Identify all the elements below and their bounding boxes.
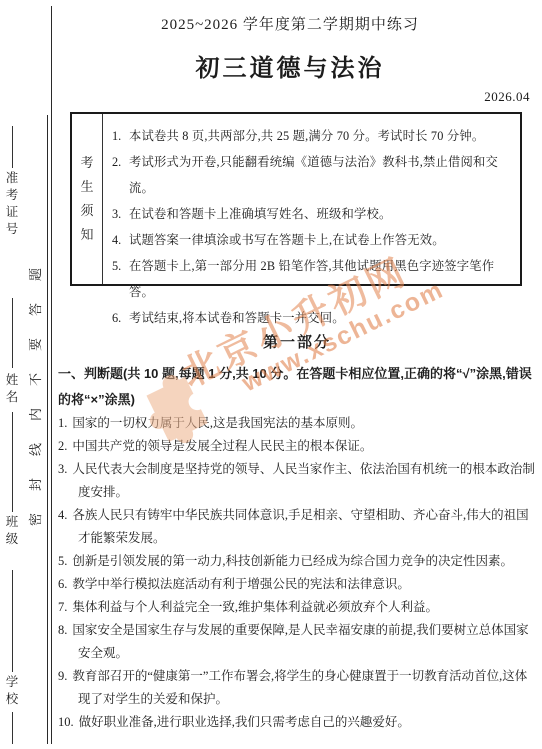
question-row: 2.中国共产党的领导是发展全过程人民民主的根本保证。 [58,435,536,458]
exam-paper-page: 2025~2026 学年度第二学期期中练习 初三道德与法治 2026.04 准考… [0,0,542,749]
field-blank-line [12,126,13,168]
question-row: 3.人民代表大会制度是坚持党的领导、人民当家作主、依法治国有机统一的根本政治制度… [58,458,536,504]
question-number: 7. [58,600,67,614]
notice-item-list: 1. 本试卷共 8 页,共两部分,共 25 题,满分 70 分。考试时长 70 … [103,114,520,284]
seal-line [47,115,48,744]
notice-side-label: 考生须知 [80,151,95,247]
notice-item-text: 试题答案一律填涂或书写在答题卡上,在试卷上作答无效。 [129,227,445,253]
notice-item-text: 考试形式为开卷,只能翻看统编《道德与法治》教科书,禁止借阅和交流。 [129,149,516,201]
page-title: 初三道德与法治 [60,48,520,83]
question-text: 国家的一切权力属于人民,这是我国宪法的基本原则。 [72,416,363,430]
question-number: 5. [58,554,67,568]
field-label-name: 姓名 [5,372,19,406]
question-number: 8. [58,623,67,637]
notice-item-text: 本试卷共 8 页,共两部分,共 25 题,满分 70 分。考试时长 70 分钟。 [129,123,484,149]
notice-item-text: 考试结束,将本试卷和答题卡一并交回。 [129,305,345,331]
question-row: 4.各族人民只有铸牢中华民族共同体意识,手足相亲、守望相助、齐心奋斗,伟大的祖国… [58,504,536,550]
notice-item-number: 5. [112,253,129,305]
field-blank-line [12,570,13,672]
notice-item: 1. 本试卷共 8 页,共两部分,共 25 题,满分 70 分。考试时长 70 … [112,123,516,149]
notice-item-number: 6. [112,305,129,331]
question-row: 5.创新是引领发展的第一动力,科技创新能力已经成为综合国力竞争的决定性因素。 [58,550,536,573]
field-label-school: 学校 [5,674,19,708]
part-one-heading: 第一部分 [58,331,536,352]
question-text: 中国共产党的领导是发展全过程人民民主的根本保证。 [72,439,372,453]
field-blank-line [12,712,13,744]
seal-line [51,6,52,744]
question-text: 做好职业准备,进行职业选择,我们只需考虑自己的兴趣爱好。 [79,715,410,729]
notice-item: 4. 试题答案一律填涂或书写在答题卡上,在试卷上作答无效。 [112,227,516,253]
notice-item-number: 1. [112,123,129,149]
section-instruction: 一、判断题(共 10 题,每题 1 分,共 10 分。在答题卡相应位置,正确的将… [58,361,536,413]
question-number: 2. [58,439,67,453]
question-row: 1.国家的一切权力属于人民,这是我国宪法的基本原则。 [58,412,536,435]
field-blank-line [12,412,13,512]
question-row: 6.教学中举行模拟法庭活动有利于增强公民的宪法和法律意识。 [58,573,536,596]
candidate-notice-box: 考生须知 1. 本试卷共 8 页,共两部分,共 25 题,满分 70 分。考试时… [70,112,522,286]
question-row: 10.做好职业准备,进行职业选择,我们只需考虑自己的兴趣爱好。 [58,711,536,734]
notice-item: 5. 在答题卡上,第一部分用 2B 铅笔作答,其他试题用黑色字迹签字笔作答。 [112,253,516,305]
paper-date: 2026.04 [484,89,530,105]
notice-item-number: 2. [112,149,129,201]
question-number: 6. [58,577,67,591]
question-number: 1. [58,416,67,430]
notice-item-text: 在答题卡上,第一部分用 2B 铅笔作答,其他试题用黑色字迹签字笔作答。 [129,253,516,305]
notice-item-number: 4. [112,227,129,253]
question-text: 人民代表大会制度是坚持党的领导、人民当家作主、依法治国有机统一的根本政治制度安排… [72,462,535,499]
question-text: 教学中举行模拟法庭活动有利于增强公民的宪法和法律意识。 [72,577,410,591]
question-row: 9.教育部召开的“健康第一”工作布署会,将学生的身心健康置于一切教育活动首位,这… [58,665,536,711]
notice-item: 6. 考试结束,将本试卷和答题卡一并交回。 [112,305,516,331]
question-text: 创新是引领发展的第一动力,科技创新能力已经成为综合国力竞争的决定性因素。 [72,554,513,568]
question-number: 9. [58,669,67,683]
notice-item-text: 在试卷和答题卡上准确填写姓名、班级和学校。 [129,201,391,227]
field-blank-line [12,298,13,368]
term-line: 2025~2026 学年度第二学期期中练习 [60,13,520,34]
question-number: 4. [58,508,67,522]
question-text: 教育部召开的“健康第一”工作布署会,将学生的身心健康置于一切教育活动首位,这体现… [72,669,527,706]
field-label-class: 班级 [5,514,19,548]
question-text: 各族人民只有铸牢中华民族共同体意识,手足相亲、守望相助、齐心奋斗,伟大的祖国才能… [72,508,528,545]
question-row: 8.国家安全是国家生存与发展的重要保障,是人民幸福安康的前提,我们要树立总体国家… [58,619,536,665]
question-text: 集体利益与个人利益完全一致,维护集体利益就必须放弃个人利益。 [72,600,438,614]
question-row: 7.集体利益与个人利益完全一致,维护集体利益就必须放弃个人利益。 [58,596,536,619]
notice-side-cell: 考生须知 [72,114,103,284]
question-number: 10. [58,715,74,729]
field-label-exam-number: 准考证号 [5,170,19,238]
notice-item: 3. 在试卷和答题卡上准确填写姓名、班级和学校。 [112,201,516,227]
question-list: 1.国家的一切权力属于人民,这是我国宪法的基本原则。 2.中国共产党的领导是发展… [58,412,536,734]
question-text: 国家安全是国家生存与发展的重要保障,是人民幸福安康的前提,我们要树立总体国家安全… [72,623,528,660]
seal-notice-text: 密封线内不要答题 [25,236,41,526]
notice-item: 2. 考试形式为开卷,只能翻看统编《道德与法治》教科书,禁止借阅和交流。 [112,149,516,201]
notice-item-number: 3. [112,201,129,227]
question-number: 3. [58,462,67,476]
